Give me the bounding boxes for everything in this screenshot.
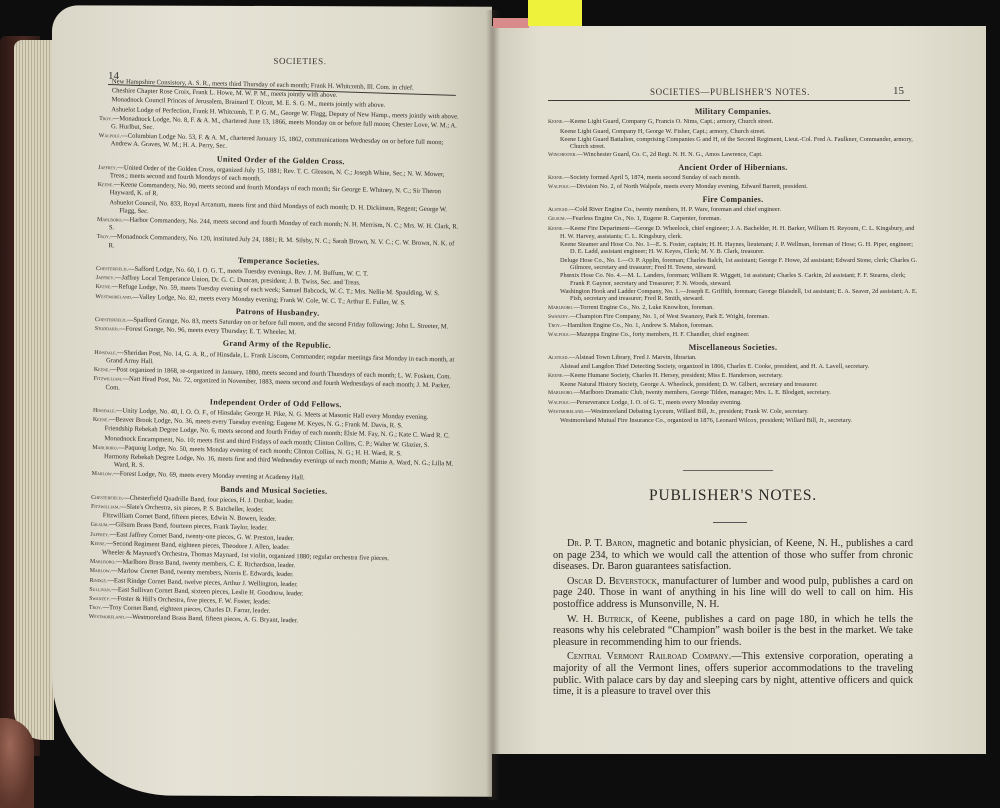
place-name: Alstead. — [548, 207, 569, 213]
place-name: Hinsdale. — [93, 408, 116, 414]
society-entry: Phœnix Hose Co. No. 4.—M. L. Landers, fo… — [548, 272, 918, 287]
place-name: Marlboro. — [92, 445, 118, 452]
entry-text: —Division No. 2, of North Walpole, meets… — [570, 183, 808, 190]
society-entry: Keene Natural History Society, George A.… — [548, 381, 918, 388]
place-name: Sullivan. — [89, 587, 111, 593]
publisher-note: Dr. P. T. Baron, magnetic and botanic ph… — [553, 538, 913, 573]
pink-tab — [493, 18, 529, 28]
society-entry: Alstead.—Alstead Town Library, Fred J. M… — [548, 354, 918, 362]
society-entry: Winchester.—Winchester Guard, Co. C, 2d … — [548, 151, 918, 159]
publisher-note: Oscar D. Beverstock, manufacturer of lum… — [553, 576, 913, 611]
society-entry: Marlboro.—Marlboro Dramatic Club, twenty… — [548, 389, 918, 397]
place-name: Walpole. — [548, 184, 570, 190]
entry-text: Westmoreland Mutual Fire Insurance Co., … — [560, 417, 852, 424]
place-name: Keene. — [90, 541, 106, 547]
section-end-rule — [683, 470, 773, 471]
place-name: Chesterfield. — [91, 495, 123, 502]
society-entry: Keene Steamer and Hose Co. No. 1—E. S. F… — [548, 241, 918, 256]
right-header-rule — [548, 100, 910, 101]
society-entry: Walpole.—Perseverance Lodge, I. O. of G.… — [548, 399, 918, 407]
place-name: Keene. — [548, 119, 564, 125]
entry-text: Washington Hook and Ladder Company, No. … — [560, 288, 917, 302]
place-name: Jaffrey. — [90, 531, 109, 537]
place-name: Marlboro. — [548, 390, 574, 396]
place-name: Winchester. — [548, 152, 577, 158]
entry-text: Alstead and Langdon Thief Detecting Soci… — [560, 363, 869, 370]
place-name: Marlboro. — [548, 305, 574, 311]
place-name: Troy. — [89, 605, 103, 611]
place-name: Marlboro. — [97, 217, 123, 224]
society-entry: Keene.—Society formed April 5, 1874, mee… — [548, 174, 918, 182]
note-lead: Dr. P. T. Baron, — [567, 538, 635, 549]
place-name: Gilsum. — [548, 216, 566, 222]
place-name: Swanzey. — [548, 314, 569, 320]
note-lead: W. H. Butrick, — [567, 614, 633, 625]
entry-text: Keene Natural History Society, George A.… — [560, 381, 818, 388]
society-entry: Keene.—Keene Light Guard, Company G, Fra… — [548, 118, 918, 126]
place-name: Marlow. — [92, 471, 114, 477]
society-entry: Alstead.—Cold River Engine Co., twenty m… — [548, 206, 918, 214]
society-entry: Alstead and Langdon Thief Detecting Soci… — [548, 363, 918, 370]
entry-text: —Winchester Guard, Co. C, 2d Regt. N. H.… — [577, 151, 763, 158]
publishers-notes-title: PUBLISHER'S NOTES. — [548, 487, 918, 505]
society-entry: Deluge Hose Co., No. 1.—O. P. Applin, fo… — [548, 257, 918, 272]
place-name: Troy. — [548, 323, 561, 329]
entry-text: Keene Light Guard Battalion, comprising … — [560, 136, 913, 150]
publisher-note: Central Vermont Railroad Company.—This e… — [553, 651, 913, 697]
entry-text: —Westmoreland Debating Lyceum, Willard B… — [585, 408, 809, 415]
entry-text: —Keene Fire Department—George D. Wheeloc… — [560, 225, 914, 240]
society-entry: Keene Light Guard Battalion, comprising … — [548, 136, 918, 151]
society-entry: Gilsum.—Fearless Engine Co., No. 1, Euge… — [548, 215, 918, 223]
place-name: Keene. — [548, 226, 564, 232]
left-running-head: SOCIETIES. — [200, 55, 400, 66]
place-name: Walpole. — [548, 332, 570, 338]
place-name: Gilsum. — [91, 522, 109, 528]
society-entry: Keene Light Guard, Company H, George W. … — [548, 128, 918, 135]
place-name: Westmoreland. — [95, 294, 132, 301]
society-entry: Keene.—Keene Fire Department—George D. W… — [548, 225, 918, 241]
page-edges — [14, 40, 54, 740]
place-name: Walpole. — [548, 400, 570, 406]
entry-text: Keene Steamer and Hose Co. No. 1—E. S. F… — [560, 241, 913, 255]
entry-text: —Cold River Engine Co., twenty members, … — [569, 206, 781, 213]
society-entry: Swanzey.—Champion Fire Company, No. 1, o… — [548, 313, 918, 321]
entry-text: —Mazeppa Engine Co., forty members, H. F… — [570, 331, 749, 338]
place-name: Jaffrey. — [96, 275, 115, 281]
society-entry: Westmoreland Mutual Fire Insurance Co., … — [548, 417, 918, 424]
entry-text: Deluge Hose Co., No. 1.—O. P. Applin, fo… — [560, 257, 917, 271]
place-name: Troy. — [97, 234, 111, 240]
society-entry: Walpole.—Division No. 2, of North Walpol… — [548, 183, 918, 191]
society-entry: Walpole.—Mazeppa Engine Co., forty membe… — [548, 331, 918, 339]
society-entry: Troy.—Hamilton Engine Co., No. 1, Andrew… — [548, 322, 918, 330]
society-entry: Washington Hook and Ladder Company, No. … — [548, 288, 918, 303]
entry-text: —Champion Fire Company, No. 1, of West S… — [569, 313, 769, 320]
place-name: Stoddard. — [95, 326, 119, 333]
entry-text: Phœnix Hose Co. No. 4.—M. L. Landers, fo… — [560, 272, 906, 286]
note-lead: Central Vermont Railroad Company. — [567, 651, 731, 662]
yellow-bookmark — [528, 0, 582, 26]
right-page-number: 15 — [893, 85, 904, 97]
note-lead: Oscar D. Beverstock, — [567, 576, 659, 587]
society-entry: Marlboro.—Torrent Engine Co., No. 2, Luk… — [548, 304, 918, 312]
entry-text: —Hamilton Engine Co., No. 1, Andrew S. M… — [561, 322, 713, 329]
place-name: Keene. — [96, 284, 112, 290]
section-heading: Miscellaneous Societies. — [548, 344, 918, 351]
society-entry: Keene.—Keene Humane Society, Charles H. … — [548, 372, 918, 380]
entry-text: —Keene Light Guard, Company G, Francis O… — [564, 118, 773, 125]
book-gutter — [486, 10, 500, 800]
left-page-text: New Hampshire Consistory, A. S. R., meet… — [89, 78, 465, 630]
place-name: Keene. — [93, 417, 109, 423]
place-name: Keene. — [94, 367, 110, 373]
place-name: Marlow. — [90, 568, 112, 574]
place-name: Walpole. — [99, 133, 122, 139]
entry-text: —Perseverance Lodge, I. O. of G. T., mee… — [570, 399, 742, 406]
place-name: Chesterfield. — [96, 266, 128, 273]
place-name: Chesterfield. — [95, 317, 127, 324]
place-name: Hinsdale. — [94, 350, 117, 356]
right-page-text: Military Companies.Keene.—Keene Light Gu… — [548, 104, 918, 425]
place-name: Rindge. — [89, 577, 107, 583]
entry-text: —Alstead Town Library, Fred J. Marvin, l… — [569, 354, 697, 361]
notes-title-rule — [713, 522, 747, 523]
place-name: Alstead. — [548, 355, 569, 361]
hand — [0, 718, 34, 808]
entry-text: —Fearless Engine Co., No. 1, Eugene R. C… — [566, 215, 721, 222]
section-heading: Military Companies. — [548, 108, 918, 115]
entry-text: —Society formed April 5, 1874, meets sec… — [564, 174, 740, 181]
place-name: Fitzwilliam. — [91, 504, 120, 511]
section-heading: Ancient Order of Hibernians. — [548, 164, 918, 171]
publisher-note: W. H. Butrick, of Keene, publishes a car… — [553, 614, 913, 649]
place-name: Jaffrey. — [98, 165, 117, 171]
place-name: Westmoreland. — [548, 409, 585, 415]
place-name: Troy. — [99, 116, 113, 122]
place-name: Keene. — [98, 182, 114, 188]
place-name: Fitzwilliam. — [94, 376, 123, 383]
section-heading: Fire Companies. — [548, 196, 918, 203]
society-entry: Westmoreland.—Westmoreland Debating Lyce… — [548, 408, 918, 416]
publishers-notes-body: Dr. P. T. Baron, magnetic and botanic ph… — [553, 538, 913, 701]
place-name: Swanzey. — [89, 596, 111, 602]
entry-text: —Keene Humane Society, Charles H. Hersey… — [564, 372, 783, 379]
entry-text: —Torrent Engine Co., No. 2, Luke Knowlto… — [574, 304, 714, 311]
place-name: Keene. — [548, 175, 564, 181]
place-name: Keene. — [548, 373, 564, 379]
entry-text: —Marlboro Dramatic Club, twenty members,… — [574, 389, 831, 396]
entry-text: Keene Light Guard, Company H, George W. … — [560, 128, 766, 135]
place-name: Marlboro. — [90, 559, 116, 566]
right-running-head: SOCIETIES—PUBLISHER'S NOTES. — [600, 87, 860, 97]
place-name: Westmoreland. — [89, 614, 126, 621]
